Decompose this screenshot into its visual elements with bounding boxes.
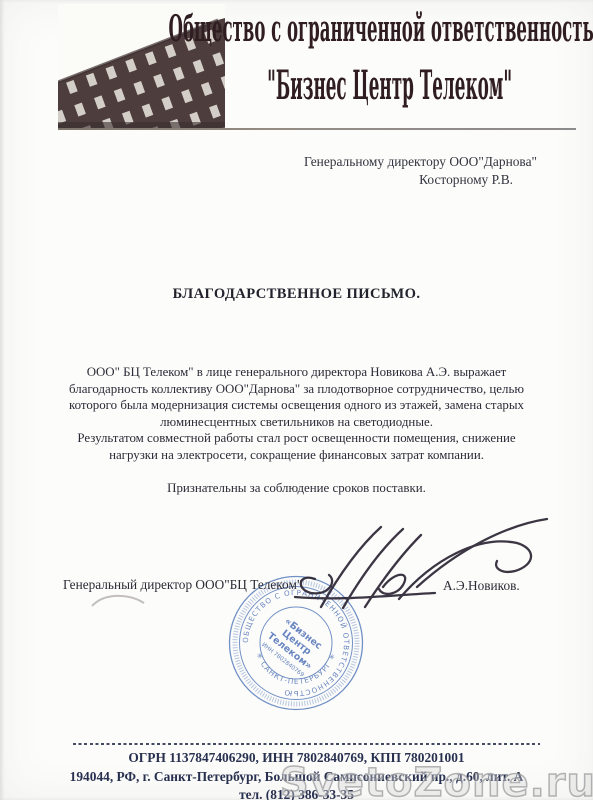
org-name-text: "Бизнес Центр Телеком" bbox=[268, 62, 513, 109]
letter-title: БЛАГОДАРСТВЕННОЕ ПИСЬМО. bbox=[0, 286, 593, 303]
org-type-text: Общество с ограниченной ответственностью bbox=[169, 8, 593, 50]
body-paragraph-3: Признательны за соблюдение сроков постав… bbox=[53, 480, 540, 497]
body-paragraph-2: Результатом совместной работы стал рост … bbox=[53, 430, 540, 463]
addressee-line2: Косторному Р.В. bbox=[304, 171, 513, 189]
watermark: SvetoZone.ru bbox=[280, 760, 593, 800]
addressee-block: Генеральному директору ООО"Дарнова" Кост… bbox=[304, 153, 537, 189]
org-type-heading: Общество с ограниченной ответственностью bbox=[215, 8, 565, 50]
signature-scrawl bbox=[283, 515, 553, 610]
letter-body: ООО" БЦ Телеком" в лице генерального дир… bbox=[53, 364, 540, 496]
org-name-heading: "Бизнес Центр Телеком" bbox=[215, 62, 565, 109]
body-paragraph-1: ООО" БЦ Телеком" в лице генерального дир… bbox=[53, 364, 540, 430]
footer-dashed-divider bbox=[73, 743, 540, 745]
header-rule bbox=[58, 128, 576, 130]
signer-name: А.Э.Новиков. bbox=[443, 578, 520, 594]
pencil-mark bbox=[88, 590, 148, 612]
addressee-line1: Генеральному директору ООО"Дарнова" bbox=[304, 153, 537, 171]
